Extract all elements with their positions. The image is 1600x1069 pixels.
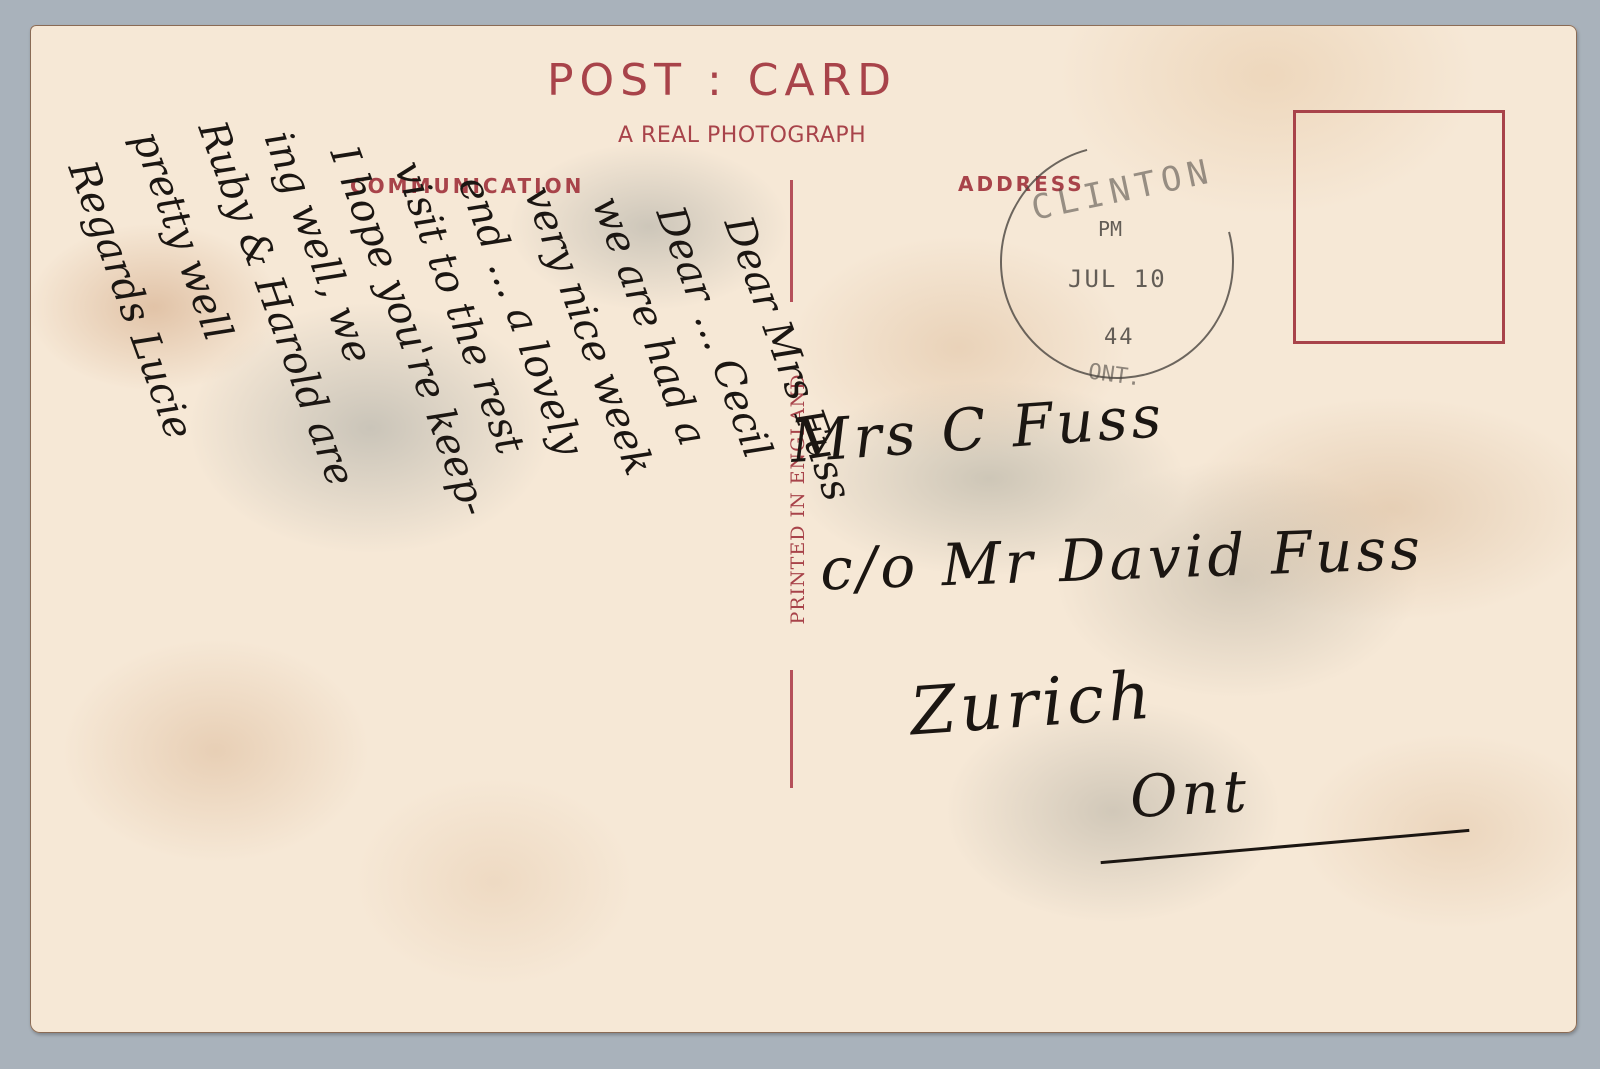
address-line-care-of: c/o Mr David Fuss (819, 514, 1425, 603)
postmark-time: PM (1098, 217, 1122, 241)
stamp-placeholder-box (1293, 110, 1505, 344)
postcard-title: POST : CARD (547, 55, 897, 106)
postcard-back: POST : CARD A REAL PHOTOGRAPH COMMUNICAT… (30, 25, 1577, 1033)
postcard-subtitle: A REAL PHOTOGRAPH (618, 123, 866, 148)
center-divider-bottom (790, 670, 793, 788)
address-line-town: Zurich (908, 657, 1157, 751)
address-underline (1101, 829, 1470, 864)
postmark-date: JUL 10 (1068, 265, 1167, 293)
postmark-year: 44 (1104, 325, 1135, 350)
center-divider-top (790, 180, 793, 302)
address-line-province: Ont (1128, 757, 1252, 831)
